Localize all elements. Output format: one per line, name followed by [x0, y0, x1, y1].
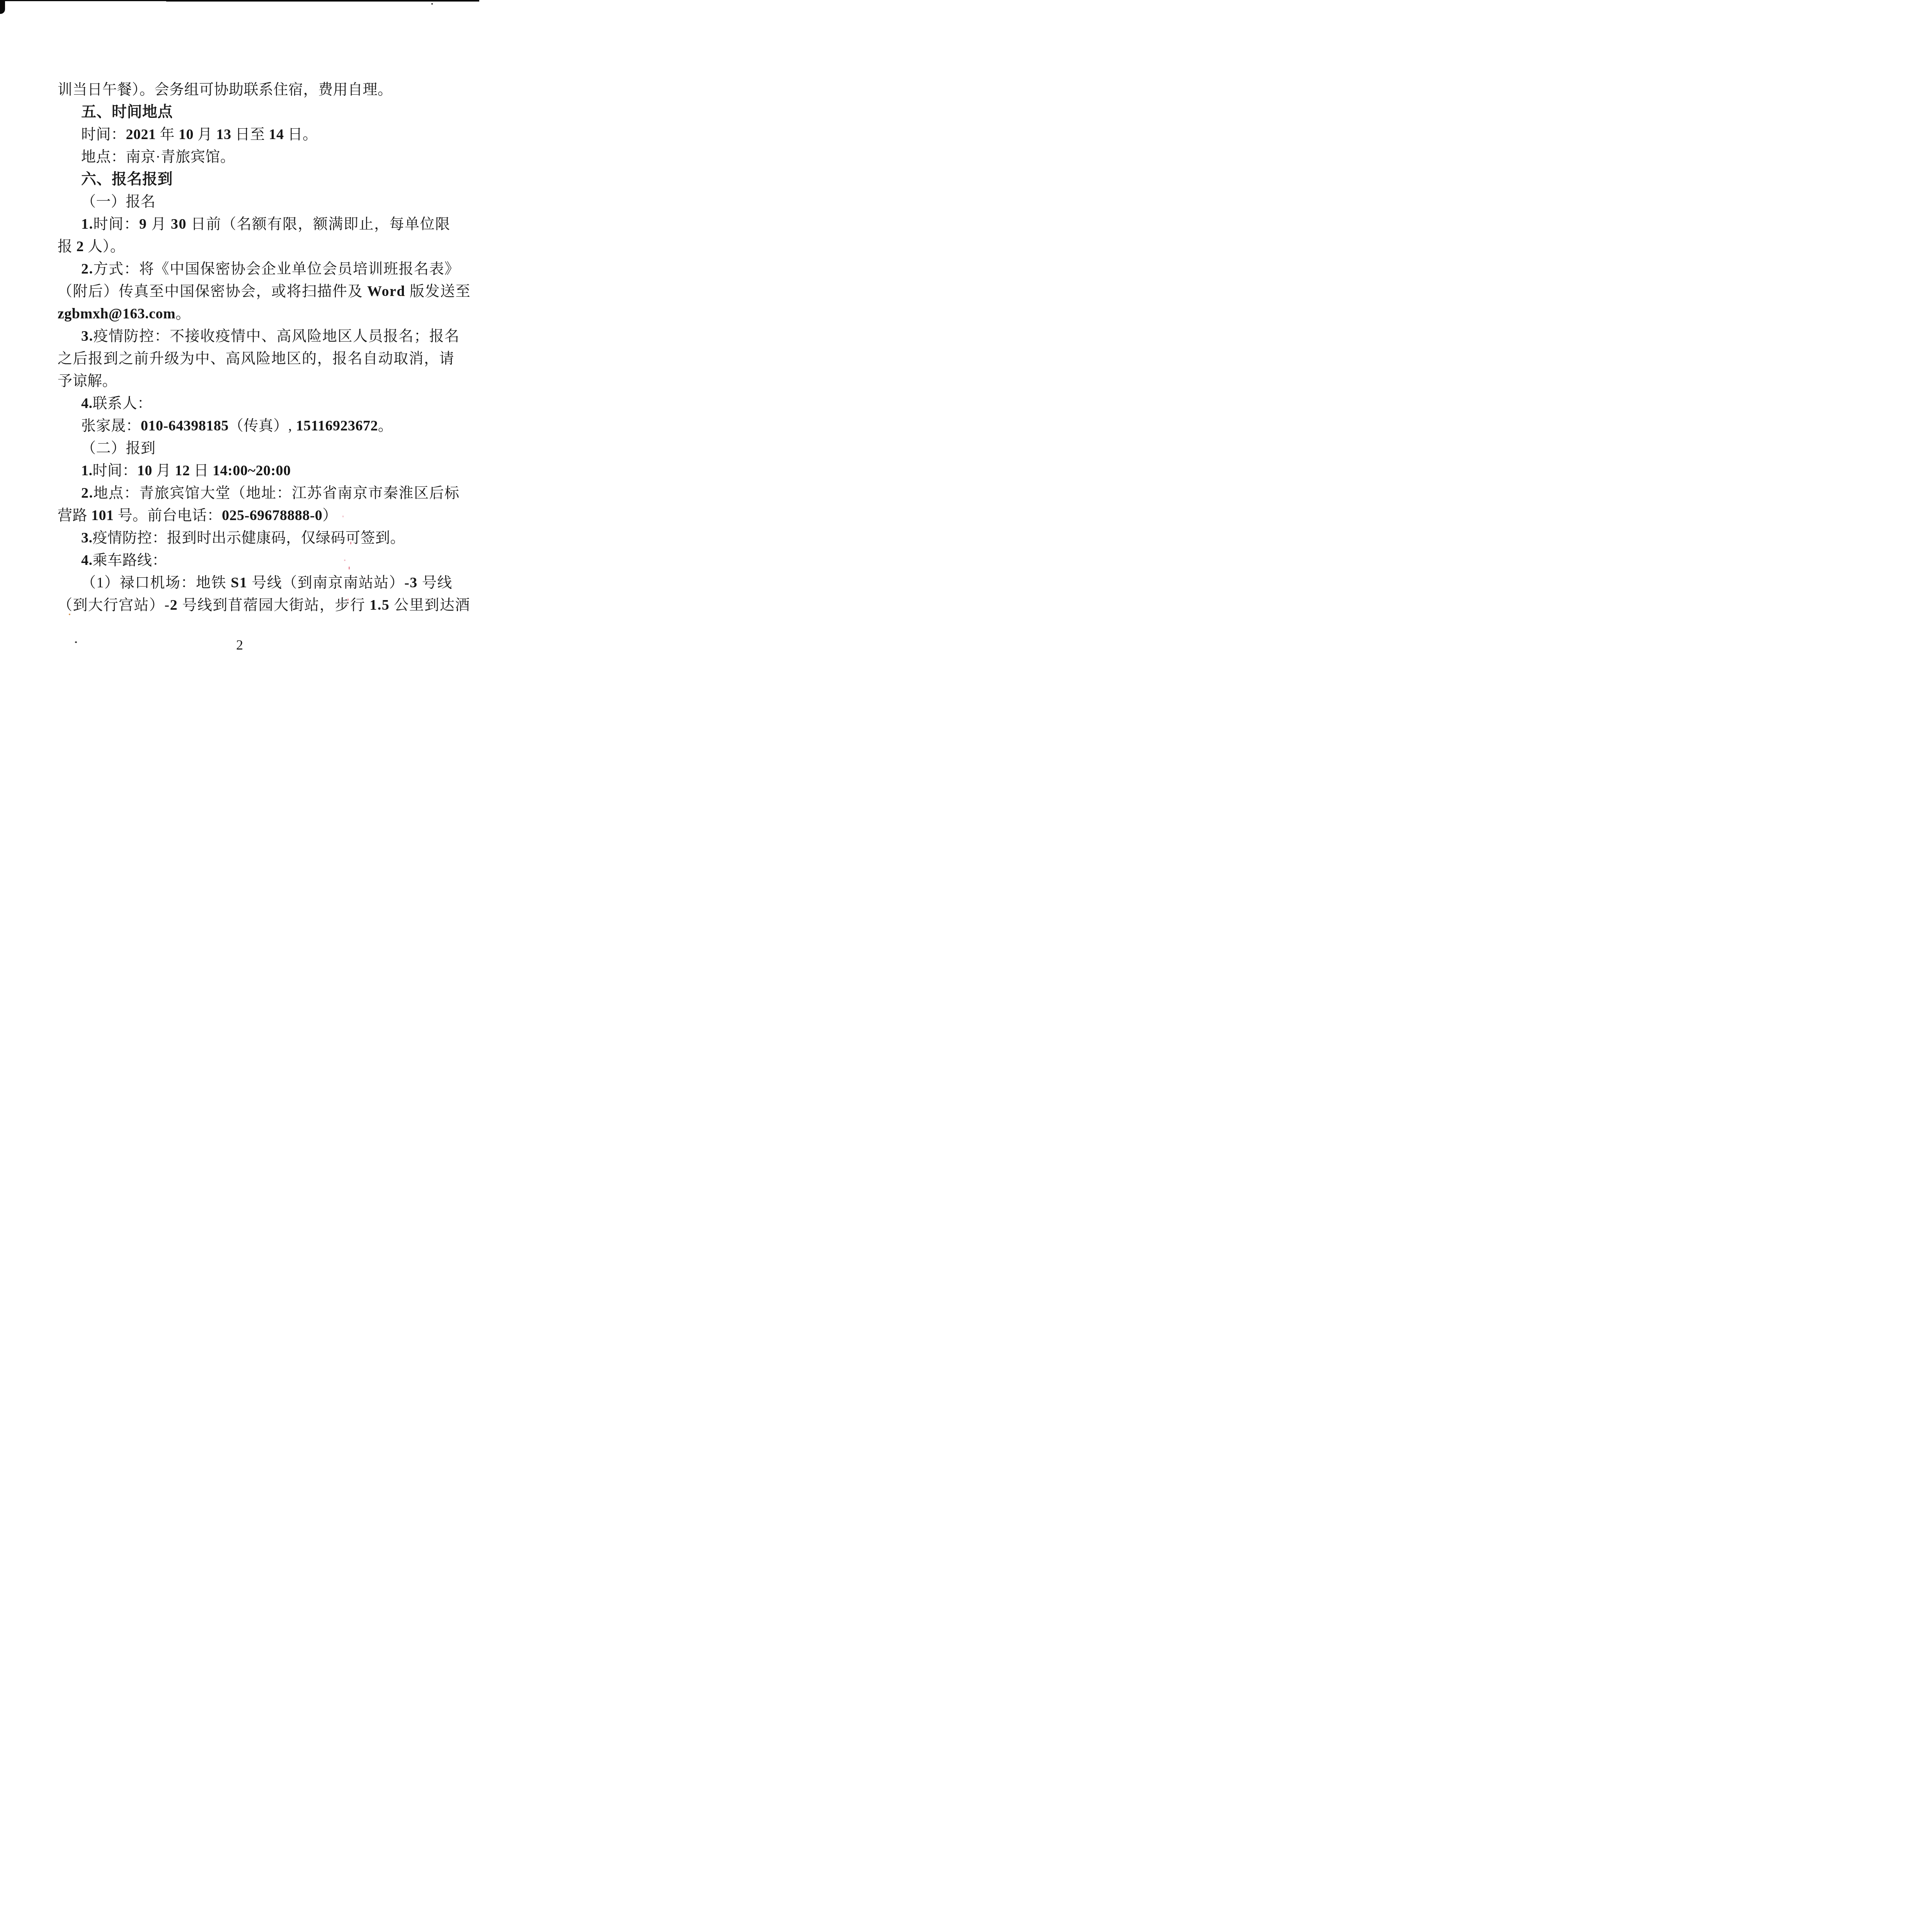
text-segment: 日。: [284, 126, 318, 143]
body-line: 报 2 人）。: [58, 235, 421, 258]
text-segment: （一）报名: [81, 194, 156, 210]
body-line: （一）报名: [58, 190, 421, 213]
text-segment: 号线: [418, 575, 453, 591]
text-segment: 时间：: [81, 126, 126, 143]
text-segment: 4.: [81, 395, 93, 412]
text-segment: 地点：青旅宾馆大堂（地址：江苏省南京市秦淮区后标: [94, 485, 460, 501]
body-line: 4.乘车路线：: [58, 549, 421, 571]
body-line: 地点：南京·青旅宾馆。: [58, 146, 421, 168]
text-segment: 15116923672: [296, 418, 378, 434]
text-segment: 六、报名报到: [81, 171, 173, 187]
text-segment: 人）。: [84, 238, 125, 255]
text-segment: （到大行宫站）-: [58, 597, 170, 613]
text-segment: 号线到苜蓿园大街站，步行: [178, 597, 369, 613]
body-line: （1）禄口机场：地铁 S1 号线（到南京南站站）-3 号线: [58, 571, 421, 594]
text-segment: 10: [137, 463, 152, 479]
text-segment: 025-69678888-0: [222, 507, 322, 524]
text-segment: 时间：: [94, 216, 140, 232]
text-segment: 报: [58, 238, 77, 255]
body-line: （附后）传真至中国保密协会，或将扫描件及 Word 版发送至: [58, 280, 421, 303]
body-line: 1.时间：9 月 30 日前（名额有限，额满即止，每单位限: [58, 213, 421, 235]
body-line: 时间：2021 年 10 月 13 日至 14 日。: [58, 123, 421, 146]
body-line: 4.联系人：: [58, 392, 421, 415]
text-segment: 9: [139, 216, 147, 232]
body-line: 张家晟：010-64398185（传真）, 15116923672。: [58, 415, 421, 437]
text-segment: 地点：南京·青旅宾馆。: [81, 149, 235, 165]
text-segment: 训当日午餐）。会务组可协助联系住宿，费用自理。: [58, 82, 393, 98]
text-segment: 月: [147, 216, 171, 232]
body-line: （到大行宫站）-2 号线到苜蓿园大街站，步行 1.5 公里到达酒: [58, 594, 421, 616]
body-line: 予谅解。: [58, 370, 421, 392]
scan-edge-artifact: [166, 0, 479, 2]
body-line: （二）报到: [58, 437, 421, 459]
text-segment: 时间：: [93, 463, 138, 479]
text-segment: 疫情防控：报到时出示健康码，仅绿码可签到。: [93, 530, 405, 546]
text-segment: 版发送至: [405, 283, 471, 299]
text-segment: （1）禄口机场：地铁: [81, 575, 231, 591]
scan-corner-artifact: [0, 0, 5, 14]
text-segment: 年: [156, 126, 179, 143]
body-line: 训当日午餐）。会务组可协助联系住宿，费用自理。: [58, 78, 421, 101]
text-segment: 14:00~20:00: [213, 463, 291, 479]
text-segment: 10: [179, 126, 194, 143]
document-page: 训当日午餐）。会务组可协助联系住宿，费用自理。五、时间地点时间：2021 年 1…: [0, 0, 479, 678]
section-heading: 五、时间地点: [58, 101, 421, 123]
text-segment: 1.: [81, 216, 94, 232]
text-segment: 日至: [232, 126, 269, 143]
text-segment: 月: [152, 463, 175, 479]
text-segment: ）: [322, 507, 337, 524]
body-line: zgbmxh@163.com。: [58, 303, 421, 325]
text-segment: S1: [231, 575, 247, 591]
text-segment: 13: [216, 126, 232, 143]
body-line: 1.时间：10 月 12 日 14:00~20:00: [58, 459, 421, 482]
text-segment: -3: [404, 575, 418, 591]
text-segment: 1.5: [369, 597, 390, 613]
text-segment: 2: [77, 238, 84, 255]
body-line: 2.方式：将《中国保密协会企业单位会员培训班报名表》: [58, 258, 421, 280]
text-segment: 4.: [81, 552, 93, 568]
text-segment: 日前（名额有限，额满即止，每单位限: [187, 216, 451, 232]
body-line: 3.疫情防控：报到时出示健康码，仅绿码可签到。: [58, 527, 421, 549]
text-segment: 14: [269, 126, 284, 143]
text-segment: 101: [91, 507, 114, 524]
text-segment: 2.: [81, 485, 94, 501]
text-segment: 2.: [81, 261, 94, 277]
text-segment: 30: [171, 216, 187, 232]
text-segment: 3.: [81, 328, 94, 344]
text-segment: 2: [170, 597, 178, 613]
section-heading: 六、报名报到: [58, 168, 421, 190]
text-segment: 营路: [58, 507, 91, 524]
text-segment: 方式：将《中国保密协会企业单位会员培训班报名表》: [94, 261, 460, 277]
text-segment: 之后报到之前升级为中、高风险地区的，报名自动取消，请: [58, 350, 455, 367]
text-segment: 号。前台电话：: [114, 507, 222, 524]
text-segment: 张家晟：: [81, 418, 141, 434]
text-segment: 日: [190, 463, 213, 479]
body-line: 3.疫情防控：不接收疫情中、高风险地区人员报名；报名: [58, 325, 421, 347]
body-line: 之后报到之前升级为中、高风险地区的，报名自动取消，请: [58, 347, 421, 370]
text-segment: 联系人：: [93, 395, 152, 412]
text-segment: （附后）传真至中国保密协会，或将扫描件及: [58, 283, 367, 299]
body-line: 营路 101 号。前台电话：025-69678888-0）: [58, 504, 421, 527]
text-segment: 月: [194, 126, 216, 143]
text-segment: 2021: [126, 126, 156, 143]
text-segment: 公里到达酒: [390, 597, 470, 613]
document-body: 训当日午餐）。会务组可协助联系住宿，费用自理。五、时间地点时间：2021 年 1…: [58, 78, 421, 616]
text-segment: 疫情防控：不接收疫情中、高风险地区人员报名；报名: [94, 328, 460, 344]
text-segment: Word: [367, 283, 405, 299]
text-segment: 号线（到南京南站站）: [247, 575, 404, 591]
text-segment: 12: [175, 463, 190, 479]
page-number: 2: [0, 637, 479, 653]
scan-speck: [431, 3, 433, 5]
text-segment: 乘车路线：: [93, 552, 167, 568]
text-segment: 。: [175, 306, 191, 322]
body-line: 2.地点：青旅宾馆大堂（地址：江苏省南京市秦淮区后标: [58, 482, 421, 504]
text-segment: zgbmxh@163.com: [58, 306, 175, 322]
text-segment: 1.: [81, 463, 93, 479]
text-segment: 010-64398185: [141, 418, 229, 434]
text-segment: 3.: [81, 530, 93, 546]
text-segment: 。: [378, 418, 393, 434]
text-segment: 予谅解。: [58, 373, 117, 389]
text-segment: （二）报到: [81, 440, 156, 456]
text-segment: （传真）,: [229, 418, 296, 434]
text-segment: 五、时间地点: [81, 104, 173, 120]
